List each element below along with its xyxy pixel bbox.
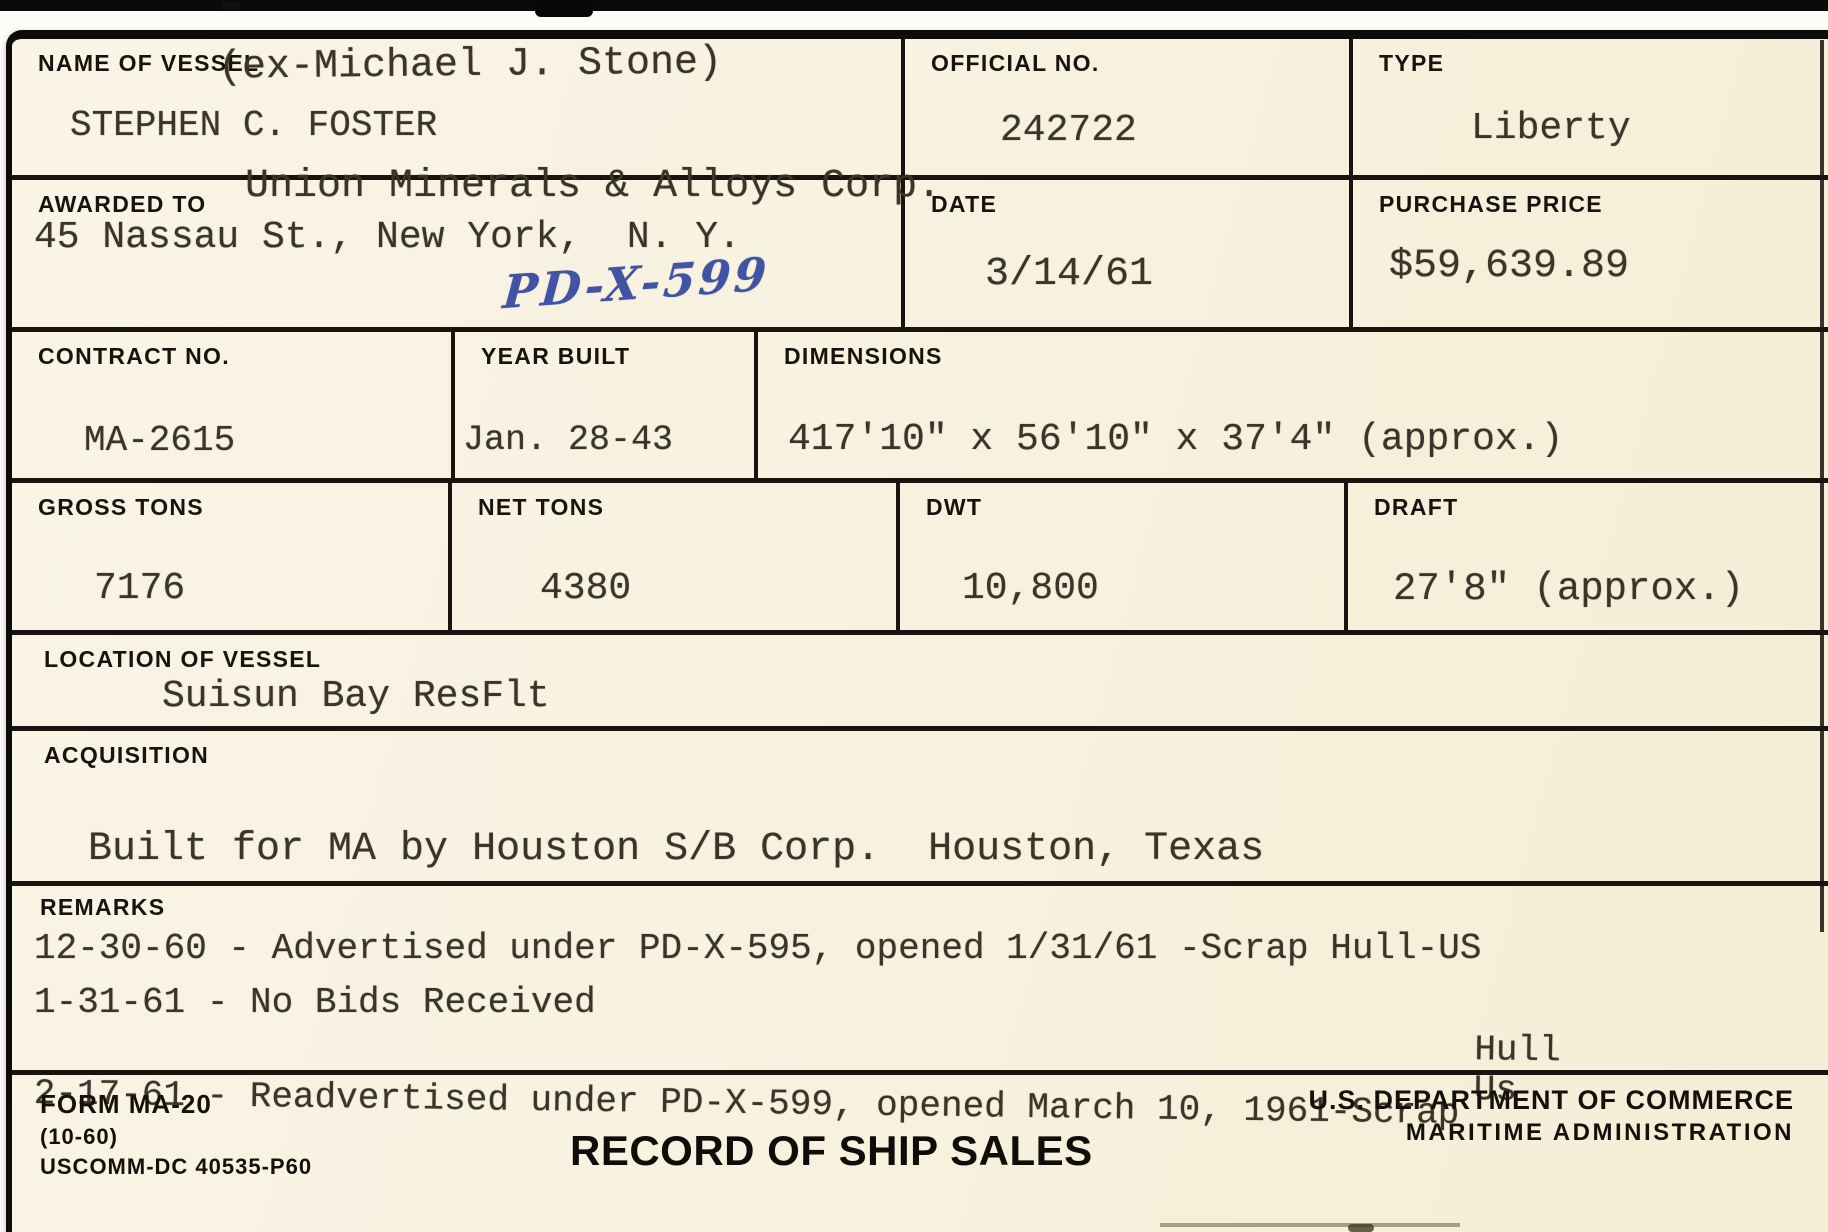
ex-vessel-name-value: (ex-Michael J. Stone) xyxy=(218,40,723,90)
card-right-edge-line xyxy=(1820,40,1824,932)
net-tons-label: NET TONS xyxy=(452,483,604,519)
scan-smudge-artifact xyxy=(535,0,593,17)
year-built-label: YEAR BUILT xyxy=(455,332,630,368)
gross-tons-value: 7176 xyxy=(94,567,185,610)
vessel-name-value: STEPHEN C. FOSTER xyxy=(70,105,437,146)
acquisition-value: Built for MA by Houston S/B Corp. Housto… xyxy=(88,827,1264,872)
net-tons-value: 4380 xyxy=(540,567,631,610)
agency-department: U.S. DEPARTMENT OF COMMERCE xyxy=(1309,1085,1795,1116)
row-location: LOCATION OF VESSEL Suisun Bay ResFlt xyxy=(12,635,1828,731)
field-draft: DRAFT 27'8" (approx.) xyxy=(1348,483,1828,630)
remarks-label: REMARKS xyxy=(12,886,165,919)
year-built-value: Jan. 28-43 xyxy=(463,420,673,460)
awarded-to-company-value: Union Minerals & Alloys Corp. xyxy=(245,164,941,209)
field-dwt: DWT 10,800 xyxy=(900,483,1348,630)
awarded-to-address-value: 45 Nassau St., New York, N. Y. xyxy=(34,216,741,259)
gross-tons-label: GROSS TONS xyxy=(12,483,204,519)
form-revision: (10-60) xyxy=(40,1124,312,1150)
field-acquisition: ACQUISITION Built for MA by Houston S/B … xyxy=(12,731,1828,881)
scanned-record-card-page: NAME OF VESSEL (ex-Michael J. Stone) STE… xyxy=(0,0,1828,1232)
type-label: TYPE xyxy=(1353,39,1444,75)
acquisition-label: ACQUISITION xyxy=(12,731,209,767)
remarks-line-2: 1-31-61 - No Bids Received xyxy=(34,982,596,1023)
ship-sales-record-card: NAME OF VESSEL (ex-Michael J. Stone) STE… xyxy=(6,30,1828,1232)
remarks-line-3-tail-top: Hull xyxy=(1474,1030,1561,1071)
scan-bottom-artifact-line xyxy=(1160,1223,1460,1227)
awarded-to-label: AWARDED TO xyxy=(12,180,206,216)
scan-tick-artifact xyxy=(222,2,240,9)
agency-administration: MARITIME ADMINISTRATION xyxy=(1309,1119,1795,1147)
row-footer: FORM MA-20 (10-60) USCOMM-DC 40535-P60 R… xyxy=(12,1075,1828,1232)
form-title: RECORD OF SHIP SALES xyxy=(570,1127,1093,1175)
contract-no-label: CONTRACT NO. xyxy=(12,332,230,368)
purchase-price-label: PURCHASE PRICE xyxy=(1353,180,1603,216)
form-number: FORM MA-20 xyxy=(40,1089,312,1120)
draft-value: 27'8" (approx.) xyxy=(1393,567,1744,611)
official-no-label: OFFICIAL NO. xyxy=(905,39,1100,75)
field-net-tons: NET TONS 4380 xyxy=(452,483,900,630)
row-remarks: REMARKS 12-30-60 - Advertised under PD-X… xyxy=(12,886,1828,1075)
dwt-label: DWT xyxy=(900,483,982,519)
field-name-of-vessel: NAME OF VESSEL (ex-Michael J. Stone) STE… xyxy=(12,39,905,175)
row-contract-dimensions: CONTRACT NO. MA-2615 YEAR BUILT Jan. 28-… xyxy=(12,332,1828,483)
location-of-vessel-label: LOCATION OF VESSEL xyxy=(12,635,321,671)
form-identification-block: FORM MA-20 (10-60) USCOMM-DC 40535-P60 xyxy=(40,1089,312,1180)
field-location-of-vessel: LOCATION OF VESSEL Suisun Bay ResFlt xyxy=(12,635,1828,726)
field-remarks: REMARKS 12-30-60 - Advertised under PD-X… xyxy=(12,886,1828,1070)
field-dimensions: DIMENSIONS 417'10" x 56'10" x 37'4" (app… xyxy=(758,332,1828,478)
dimensions-value: 417'10" x 56'10" x 37'4" (approx.) xyxy=(788,418,1563,461)
agency-block: U.S. DEPARTMENT OF COMMERCE MARITIME ADM… xyxy=(1309,1085,1795,1147)
field-date: DATE 3/14/61 xyxy=(905,180,1353,327)
field-contract-no: CONTRACT NO. MA-2615 xyxy=(12,332,455,478)
field-purchase-price: PURCHASE PRICE $59,639.89 xyxy=(1353,180,1828,327)
remarks-line-1: 12-30-60 - Advertised under PD-X-595, op… xyxy=(34,928,1481,969)
date-value: 3/14/61 xyxy=(985,252,1153,297)
draft-label: DRAFT xyxy=(1348,483,1458,519)
contract-no-value: MA-2615 xyxy=(84,420,235,461)
field-year-built: YEAR BUILT Jan. 28-43 xyxy=(455,332,758,478)
purchase-price-value: $59,639.89 xyxy=(1389,244,1629,289)
official-no-value: 242722 xyxy=(1000,109,1137,152)
field-awarded-to: AWARDED TO Union Minerals & Alloys Corp.… xyxy=(12,180,905,327)
scan-bottom-artifact-blob xyxy=(1348,1224,1374,1232)
dimensions-label: DIMENSIONS xyxy=(758,332,943,368)
location-of-vessel-value: Suisun Bay ResFlt xyxy=(162,675,550,718)
row-award: AWARDED TO Union Minerals & Alloys Corp.… xyxy=(12,180,1828,332)
row-tonnage: GROSS TONS 7176 NET TONS 4380 DWT 10,800… xyxy=(12,483,1828,635)
row-vessel-identity: NAME OF VESSEL (ex-Michael J. Stone) STE… xyxy=(12,39,1828,180)
field-gross-tons: GROSS TONS 7176 xyxy=(12,483,452,630)
field-type: TYPE Liberty xyxy=(1353,39,1828,175)
type-value: Liberty xyxy=(1471,107,1631,150)
print-code: USCOMM-DC 40535-P60 xyxy=(40,1154,312,1180)
row-acquisition: ACQUISITION Built for MA by Houston S/B … xyxy=(12,731,1828,886)
scan-edge-artifact xyxy=(0,0,1828,11)
dwt-value: 10,800 xyxy=(962,567,1099,610)
field-official-no: OFFICIAL NO. 242722 xyxy=(905,39,1353,175)
footer-area: FORM MA-20 (10-60) USCOMM-DC 40535-P60 R… xyxy=(12,1075,1828,1232)
